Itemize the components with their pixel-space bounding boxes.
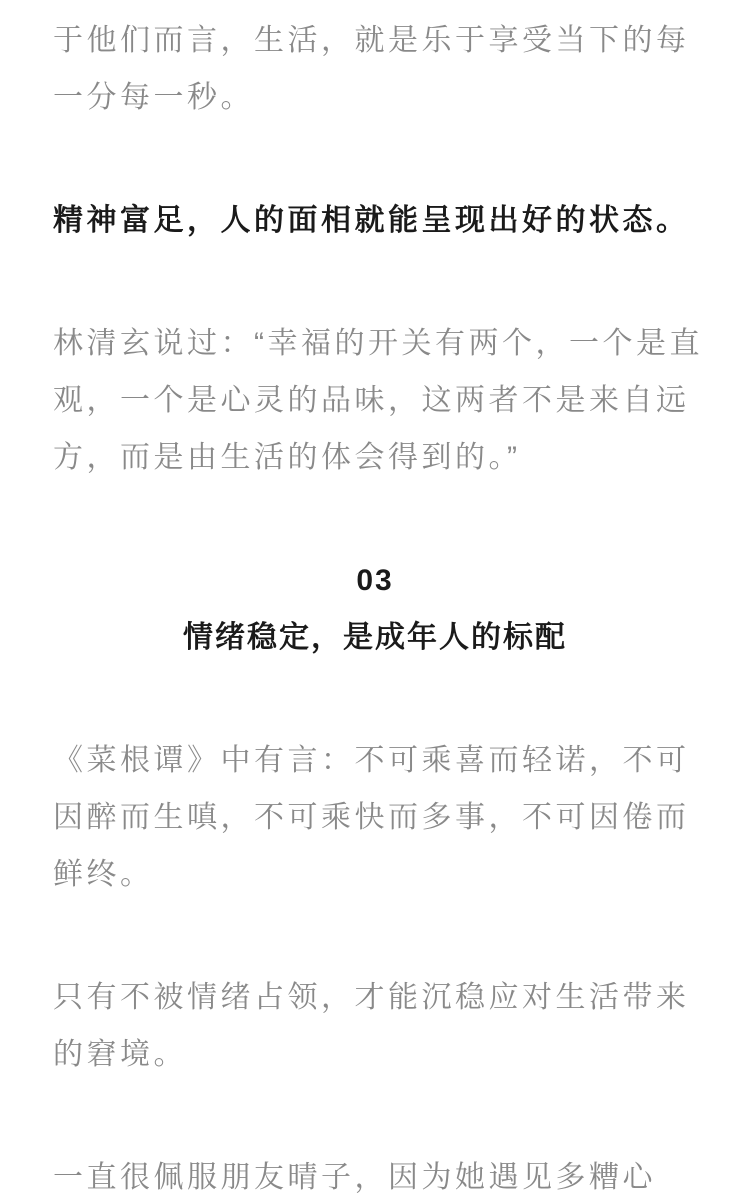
section-number: 03 xyxy=(53,552,697,609)
paragraph-quote-linqingxuan: 林清玄说过：“幸福的开关有两个，一个是直 观，一个是心灵的品味，这两者不是来自远… xyxy=(53,315,697,486)
paragraph-continuation: 于他们而言，生活，就是乐于享受当下的每 一分每一秒。 xyxy=(53,12,697,126)
paragraph-line: 观，一个是心灵的品味，这两者不是来自远 xyxy=(53,372,697,429)
paragraph-line: 的窘境。 xyxy=(53,1026,697,1083)
paragraph-quote-caigentan: 《菜根谭》中有言：不可乘喜而轻诺，不可 因醉而生嗔，不可乘快而多事，不可因倦而 … xyxy=(53,732,697,903)
paragraph-line: 《菜根谭》中有言：不可乘喜而轻诺，不可 xyxy=(53,732,697,789)
section-title: 情绪稳定，是成年人的标配 xyxy=(53,609,697,666)
paragraph-line: 因醉而生嗔，不可乘快而多事，不可因倦而 xyxy=(53,789,697,846)
paragraph-line: 林清玄说过：“幸福的开关有两个，一个是直 xyxy=(53,315,697,372)
section-heading: 03 情绪稳定，是成年人的标配 xyxy=(53,552,697,666)
paragraph-line: 一分每一秒。 xyxy=(53,69,697,126)
paragraph-friend-cutoff: 一直很佩服朋友晴子，因为她遇见多糟心 xyxy=(53,1149,697,1201)
paragraph-emphasis: 精神富足，人的面相就能呈现出好的状态。 xyxy=(53,192,697,249)
paragraph-line: 只有不被情绪占领，才能沉稳应对生活带来 xyxy=(53,969,697,1026)
paragraph-line: 鲜终。 xyxy=(53,846,697,903)
paragraph-line: 一直很佩服朋友晴子，因为她遇见多糟心 xyxy=(53,1149,697,1201)
paragraph-emotion: 只有不被情绪占领，才能沉稳应对生活带来 的窘境。 xyxy=(53,969,697,1083)
paragraph-line: 于他们而言，生活，就是乐于享受当下的每 xyxy=(53,12,697,69)
article-page: 于他们而言，生活，就是乐于享受当下的每 一分每一秒。 精神富足，人的面相就能呈现… xyxy=(0,0,750,1201)
paragraph-line: 方，而是由生活的体会得到的。” xyxy=(53,429,697,486)
emphasis-line: 精神富足，人的面相就能呈现出好的状态。 xyxy=(53,192,697,249)
